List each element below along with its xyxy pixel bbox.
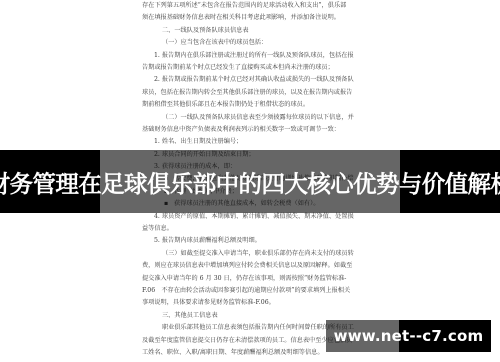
doc-line: 费，则应在球员信息表中增加填列应付转会费相关信息以及原因解释。如截至	[142, 260, 354, 272]
doc-line: F.06 不存在由转会活动或因参赛引起的逾期应付款项”的要求填列上报相关	[142, 285, 354, 297]
watermark: www.net--c7.com	[326, 320, 491, 352]
doc-line: 2. 报告期或报告期前某个时点已经对其确认收益或损失的一线队及预备队	[142, 74, 354, 86]
doc-line: 期前租借至其他俱乐部且在本报告期仍处于租借状态的球员。	[142, 99, 354, 111]
doc-line: 1. 姓名、出生日期及注册编号；	[142, 136, 354, 148]
doc-line: 益等信息。	[142, 223, 354, 235]
doc-line: 事项说明，具体要求请参见财务监管标准-F.06。	[142, 297, 354, 309]
section-heading: 二、一线队及预备队球员信息表	[142, 25, 354, 37]
subsection-heading: （三）如截至提交准入申请当年，职业俱乐部仍存在尚未支付的球员转会	[142, 248, 354, 260]
doc-line: 及截至年度监管信息提交日仍存在未清偿款项的员工。信息表中至少应包括员	[142, 335, 354, 347]
section-heading: 三、其他员工信息表	[142, 310, 354, 322]
doc-line: 职业俱乐部其他员工信息表须包括报告期内任何时间曾任职的所有员工以	[142, 322, 354, 334]
page: 存在下列第五项所述“未包含在报告范围内的足球活动收入和支出”，俱乐部 须在填报基…	[0, 0, 500, 362]
subsection-heading: （一）应当包含在该表中的球员包括：	[142, 37, 354, 49]
doc-line: 须在填报基础财务信息表时在相关科目考虑此项影响，并添加备注说明。	[142, 12, 354, 24]
watermark-text: www.net--c7.com	[326, 320, 491, 352]
doc-line: 球员，包括在报告期内转会至其他俱乐部注册的球员，以及在报告期内或报告	[142, 87, 354, 99]
subsection-heading: （二）一线队及预备队球员信息表至少须披露每位球员的以下信息，并与	[142, 112, 354, 124]
doc-line: 存在下列第五项所述“未包含在报告范围内的足球活动收入和支出”，俱乐部	[142, 0, 354, 12]
banner-title: 财务管理在足球俱乐部中的四大核心优势与价值解析	[0, 150, 500, 213]
doc-line: 工姓名、职位、入职/离职日期、年度薪酬福利总额及明细等信息。	[142, 347, 354, 359]
doc-line: 5. 报告期内球员薪酬福利总额及明细。	[142, 235, 354, 247]
doc-line: 提交准入申请当年的 6 月 30 日，仍存在该事项，则需按照“财务监管标准-	[142, 273, 354, 285]
doc-line: 基础财务信息中资产负债表及利润表列示的相关数字一致或可调节一致：	[142, 124, 354, 136]
doc-line: 1. 报告期内在俱乐部注册或注册过的所有一线队及预备队球员，包括在报	[142, 50, 354, 62]
doc-line: 告期或报告期前某个时点已经发生了直接购买或本但尚未注册的球员；	[142, 62, 354, 74]
